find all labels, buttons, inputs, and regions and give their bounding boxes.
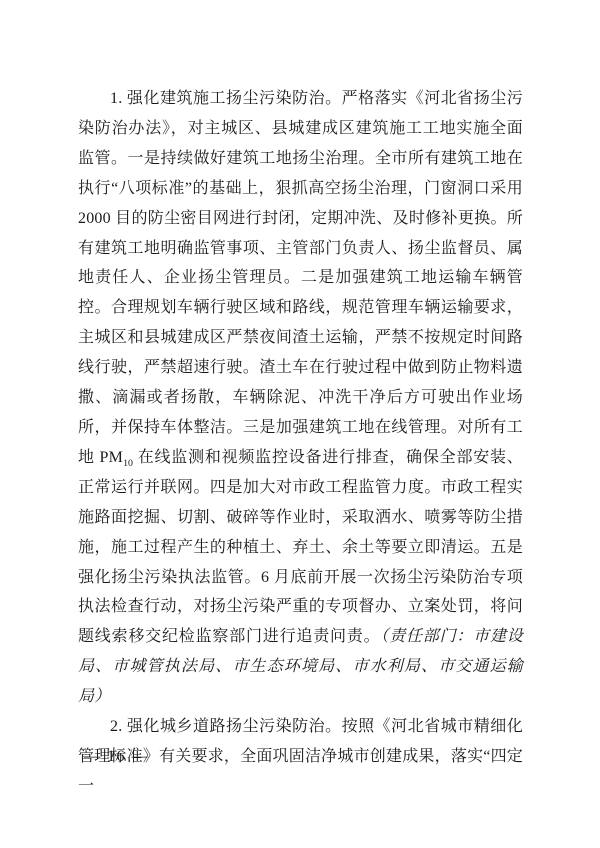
- paragraph-p1: 1. 强化建筑施工扬尘污染防治。严格落实《河北省扬尘污染防治办法》，对主城区、县…: [78, 84, 523, 712]
- document-body: 1. 强化建筑施工扬尘污染防治。严格落实《河北省扬尘污染防治办法》，对主城区、县…: [78, 84, 523, 802]
- text-segment-normal: 1. 强化建筑施工扬尘污染防治。严格落实《河北省扬尘污染防治办法》，对主城区、县…: [78, 90, 523, 466]
- text-segment-normal: 在线监测和视频监控设备进行排查，确保全部安装、正常运行并联网。四是加大对市政工程…: [78, 449, 523, 645]
- document-page: 1. 强化建筑施工扬尘污染防治。严格落实《河北省扬尘污染防治办法》，对主城区、县…: [0, 0, 600, 848]
- text-segment-subscript: 10: [123, 458, 133, 469]
- page-number: — 16 —: [84, 748, 149, 766]
